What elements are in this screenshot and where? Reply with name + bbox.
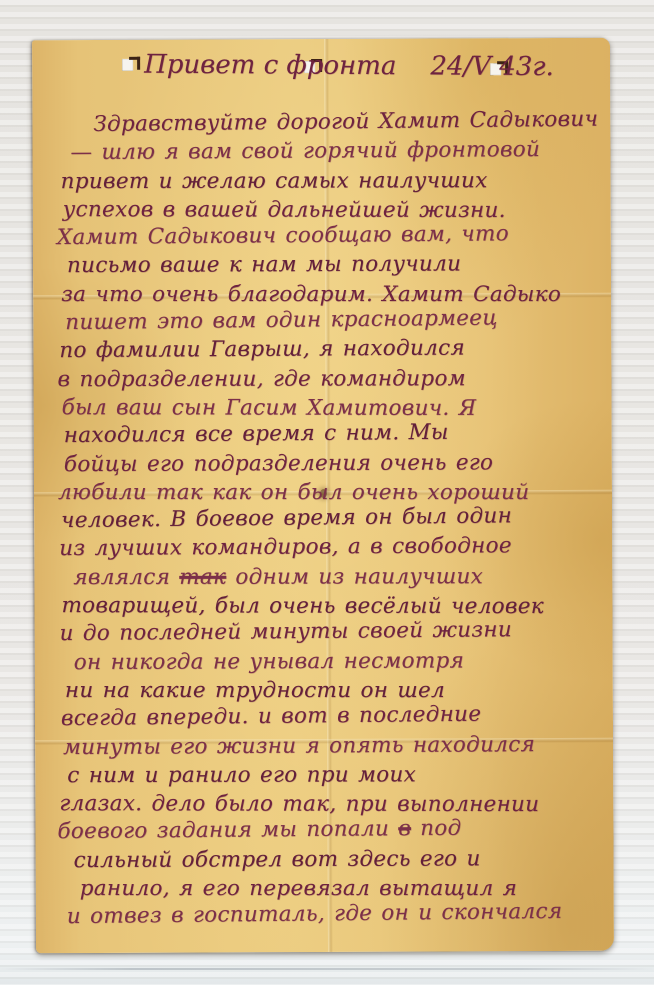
letter-lines: Здравствуйте дорогой Хамит Садыкович— шл…: [54, 110, 604, 933]
struck-word: так: [179, 564, 226, 589]
letter-line: и до последней минуты своей жизни: [59, 617, 602, 650]
photo-background: Привет с фронта 24/V 43г. Здравствуйте д…: [0, 0, 654, 985]
letter-line: Хамит Садыкович сообщаю вам, что: [57, 221, 601, 254]
letter-line: являлся так одним из наилучших: [73, 564, 602, 593]
letter-line: из лучших командиров, а в свободное: [59, 533, 602, 565]
punch-hole: [122, 59, 133, 71]
letter-paper: Привет с фронта 24/V 43г. Здравствуйте д…: [32, 38, 614, 954]
letter-line: пишет это вам один красноармеец: [65, 304, 601, 338]
letter-line: привет и желаю самых наилучших: [61, 168, 601, 198]
letter-line: с ним и ранило его при моих: [67, 762, 603, 792]
letter-line: боевого задания мы попали в под: [57, 815, 603, 848]
letter-line: в подразделении, где командиром: [57, 366, 601, 396]
letter-header: Привет с фронта 24/V 43г.: [144, 50, 554, 83]
background-stripe: [0, 968, 654, 970]
struck-word: в: [398, 817, 411, 842]
letter-line: бойцы его подразделения очень его: [64, 449, 602, 480]
letter-line: минуты его жизни я опять находился: [63, 731, 603, 763]
letter-line: по фамилии Гаврыш, я находился: [59, 335, 601, 367]
letter-line: всегда впереди. и вот в последние: [61, 701, 603, 735]
letter-line: — шлю я вам свой горячий фронтовой: [70, 137, 600, 169]
letter-line: он никогда не унывал несмотря: [74, 647, 603, 678]
letter-line: сильный обстрел вот здесь его и: [74, 845, 604, 876]
header-greeting: Привет с фронта: [144, 50, 396, 82]
letter-line: находился все время с ним. Мы: [64, 419, 602, 452]
letter-line: и отвез в госпиталь, где он и скончался: [67, 899, 604, 933]
header-date: 24/V 43г.: [430, 51, 554, 82]
letter-line: человек. В боевое время он был один: [61, 503, 602, 537]
letter-line: письмо ваше к нам мы получили: [67, 251, 601, 282]
letter-line: Здравствуйте дорогой Хамит Садыкович: [93, 107, 600, 141]
